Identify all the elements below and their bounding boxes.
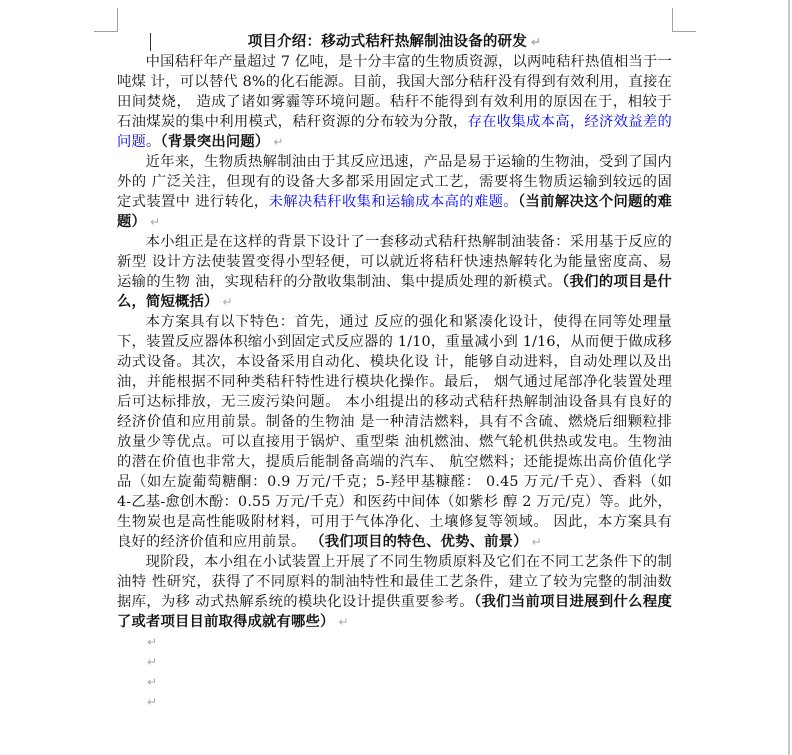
body-text: 。 bbox=[146, 134, 161, 150]
margin-corner-top-right bbox=[672, 8, 696, 32]
annotation-note: （我们项目的特色、优势、前景） bbox=[310, 534, 527, 550]
paragraph-mark-icon: ↵ bbox=[147, 655, 157, 669]
annotation-note: （背景突出问题） bbox=[161, 134, 270, 150]
paragraph-mark-icon: ↵ bbox=[531, 35, 541, 49]
empty-paragraph: ↵ bbox=[117, 632, 672, 652]
empty-paragraph: ↵ bbox=[117, 672, 672, 692]
title-text: 项目介绍：移动式秸秆热解制油设备的研发 bbox=[248, 33, 527, 50]
paragraph-mark-icon: ↵ bbox=[147, 675, 157, 689]
empty-paragraphs: ↵↵↵↵ bbox=[117, 632, 672, 712]
document-body[interactable]: 项目介绍：移动式秸秆热解制油设备的研发↵ 中国秸秆年产量超过 7 亿吨，是十分丰… bbox=[117, 32, 672, 712]
paragraphs: 中国秸秆年产量超过 7 亿吨，是十分丰富的生物质资源，以两吨秸秆热值相当于一吨煤… bbox=[117, 52, 672, 632]
paragraph-3: 本小组正是在这样的背景下设计了一套移动式秸秆热解制油装备：采用基于反应的新型 设… bbox=[117, 232, 672, 312]
paragraph-mark-icon: ↵ bbox=[147, 695, 157, 709]
paragraph-4: 本方案具有以下特色：首先，通过 反应的强化和紧凑化设计，使得在同等处理量下，装置… bbox=[117, 312, 672, 552]
paragraph-mark-icon: ↵ bbox=[222, 295, 232, 309]
empty-paragraph: ↵ bbox=[117, 692, 672, 712]
paragraph-mark-icon: ↵ bbox=[532, 535, 542, 549]
paragraph-2: 近年来，生物质热解制油由于其反应迅速，产品是易于运输的生物油，受到了国内外的 广… bbox=[117, 152, 672, 232]
paragraph-mark-icon: ↵ bbox=[338, 615, 348, 629]
empty-paragraph: ↵ bbox=[117, 652, 672, 672]
paragraph-mark-icon: ↵ bbox=[150, 215, 160, 229]
paragraph-1: 中国秸秆年产量超过 7 亿吨，是十分丰富的生物质资源，以两吨秸秆热值相当于一吨煤… bbox=[117, 52, 672, 152]
margin-corner-top-left bbox=[94, 8, 118, 32]
paragraph-mark-icon: ↵ bbox=[147, 635, 157, 649]
paragraph-5: 现阶段，本小组在小试装置上开展了不同生物质原料及它们在不同工艺条件下的制油特 性… bbox=[117, 552, 672, 632]
document-title: 项目介绍：移动式秸秆热解制油设备的研发↵ bbox=[117, 32, 672, 52]
body-text: 本方案具有以下特色：首先，通过 反应的强化和紧凑化设计，使得在同等处理量下，装置… bbox=[117, 314, 672, 550]
highlighted-text: 未解决秸秆收集和运输成本高的难题。 bbox=[269, 194, 518, 210]
paragraph-mark-icon: ↵ bbox=[273, 135, 283, 149]
page-right-edge bbox=[788, 0, 790, 755]
